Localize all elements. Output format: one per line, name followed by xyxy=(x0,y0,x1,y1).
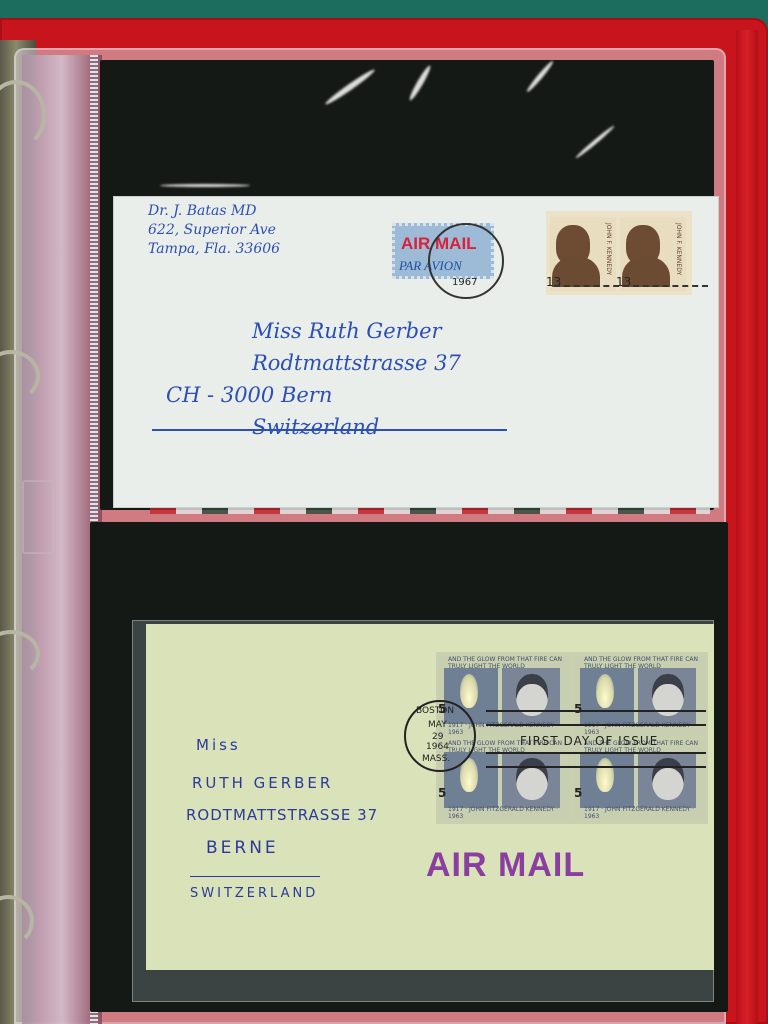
stamp-caption: 1917 · JOHN FITZGERALD KENNEDY · 1963 xyxy=(584,806,706,820)
reflection-glare xyxy=(575,124,616,159)
postmark-day: 29 xyxy=(432,732,443,742)
recipient-line: RODTMATTSTRASSE 37 xyxy=(186,806,378,824)
postmark-year: 1964 xyxy=(426,742,449,752)
eternal-flame-icon xyxy=(596,758,614,792)
portrait-icon xyxy=(516,758,548,800)
airmail-border-stripe xyxy=(150,508,710,514)
cancel-lines xyxy=(554,285,708,289)
postmark-month: MAY xyxy=(428,720,447,730)
recipient-address: Miss Ruth Gerber Rodtmattstrasse 37 CH -… xyxy=(252,315,461,443)
boston-postmark: BOSTON MAY 29 1964 MASS. xyxy=(404,700,476,772)
postmark-circle: 1967 xyxy=(428,223,504,299)
recipient-line: Switzerland xyxy=(252,411,461,443)
stamp-name: JOHN F. KENNEDY xyxy=(605,223,612,275)
postmark-state: MASS. xyxy=(422,754,450,764)
recipient-line: Miss xyxy=(196,736,241,754)
return-address-line: Tampa, Fla. 33606 xyxy=(148,240,280,259)
return-address-line: Dr. J. Batas MD xyxy=(148,202,280,221)
address-underline xyxy=(152,429,507,431)
stamp-caption: 1917 · JOHN FITZGERALD KENNEDY · 1963 xyxy=(448,806,570,820)
first-day-of-issue-cancel: FIRST DAY OF ISSUE xyxy=(520,734,658,748)
reflection-glare xyxy=(525,60,555,94)
recipient-line: CH - 3000 Bern xyxy=(166,379,461,411)
stamp-name: JOHN F. KENNEDY xyxy=(675,223,682,275)
jfk-stamp: JOHN F. KENNEDY 13 xyxy=(550,217,616,291)
postmark-city: BOSTON xyxy=(416,706,454,716)
return-address: Dr. J. Batas MD 622, Superior Ave Tampa,… xyxy=(148,202,280,259)
handstamp-text: AIR MAIL xyxy=(426,846,585,884)
reflection-glare xyxy=(324,67,377,106)
recipient-line: Miss Ruth Gerber xyxy=(252,315,461,347)
stamp-denomination: 5 xyxy=(574,702,582,716)
recipient-line: RUTH GERBER xyxy=(192,774,333,792)
first-day-cover-1964: Miss RUTH GERBER RODTMATTSTRASSE 37 BERN… xyxy=(146,624,714,970)
return-address-line: 622, Superior Ave xyxy=(148,221,280,240)
portrait-icon xyxy=(652,758,684,800)
recipient-line: BERNE xyxy=(206,838,279,858)
postmark-year: 1967 xyxy=(452,277,477,288)
stamp-denomination: 5 xyxy=(574,786,582,800)
reflection-glare xyxy=(407,64,432,102)
eternal-flame-icon xyxy=(460,674,478,708)
eternal-flame-icon xyxy=(596,674,614,708)
airmail-cover-1967: Dr. J. Batas MD 622, Superior Ave Tampa,… xyxy=(114,197,718,507)
recipient-line: SWITZERLAND xyxy=(190,886,318,901)
stamp-denomination: 5 xyxy=(438,786,446,800)
cancel-bar xyxy=(486,710,706,712)
jfk-13c-stamp-pair: JOHN F. KENNEDY 13 JOHN F. KENNEDY 13 xyxy=(546,211,692,295)
address-underline xyxy=(190,876,320,877)
recipient-line: Rodtmattstrasse 37 xyxy=(252,347,461,379)
cancel-bar xyxy=(486,766,706,768)
embossed-logo xyxy=(22,480,54,554)
reflection-glare xyxy=(160,184,250,187)
cancel-bar xyxy=(486,724,706,726)
air-mail-handstamp: AIR MAIL xyxy=(426,846,585,885)
jfk-stamp: JOHN F. KENNEDY 13 xyxy=(620,217,686,291)
binder-right-edge xyxy=(736,30,758,1024)
cancel-bar xyxy=(486,752,706,754)
